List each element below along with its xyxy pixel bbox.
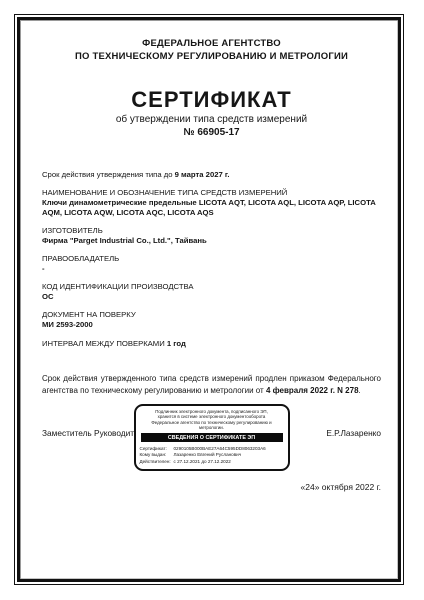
section-production-id-code: КОД ИДЕНТИФИКАЦИИ ПРОИЗВОДСТВА ОС — [42, 282, 381, 302]
stamp-bar-title: СВЕДЕНИЯ О СЕРТИФИКАТЕ ЭП — [141, 433, 283, 442]
signature-row: Заместитель Руководителя Подлинник элект… — [42, 404, 381, 476]
interval-value: 1 год — [167, 339, 186, 348]
section-value: МИ 2593-2000 — [42, 320, 381, 330]
certificate-number: № 66905-17 — [42, 127, 381, 138]
section-manufacturer: ИЗГОТОВИТЕЛЬ Фирма "Parget Industrial Co… — [42, 226, 381, 246]
section-value: - — [42, 264, 381, 274]
section-label: НАИМЕНОВАНИЕ И ОБОЗНАЧЕНИЕ ТИПА СРЕДСТВ … — [42, 188, 381, 198]
validity-prefix: Срок действия утверждения типа до — [42, 170, 175, 179]
certificate-page: ФЕДЕРАЛЬНОЕ АГЕНТСТВО ПО ТЕХНИЧЕСКОМУ РЕ… — [42, 14, 381, 492]
section-name-designation: НАИМЕНОВАНИЕ И ОБОЗНАЧЕНИЕ ТИПА СРЕДСТВ … — [42, 188, 381, 218]
section-verification-document: ДОКУМЕНТ НА ПОВЕРКУ МИ 2593-2000 — [42, 310, 381, 330]
agency-header: ФЕДЕРАЛЬНОЕ АГЕНТСТВО ПО ТЕХНИЧЕСКОМУ РЕ… — [42, 37, 381, 63]
section-value: ОС — [42, 292, 381, 302]
extension-paragraph: Срок действия утвержденного типа средств… — [42, 373, 381, 396]
signature-name: Е.Р.Лазаренко — [326, 428, 381, 438]
issue-date: «24» октября 2022 г. — [42, 482, 381, 492]
section-label: КОД ИДЕНТИФИКАЦИИ ПРОИЗВОДСТВА — [42, 282, 381, 292]
section-value: Ключи динамометрические предельные LICOT… — [42, 198, 381, 218]
validity-value: 9 марта 2027 г. — [175, 170, 230, 179]
extension-suffix: . — [359, 386, 361, 395]
section-label: ИЗГОТОВИТЕЛЬ — [42, 226, 381, 236]
stamp-fields: Сертификат: 0290105B000BAE27A64C595DD806… — [140, 446, 284, 465]
validity-line: Срок действия утверждения типа до 9 март… — [42, 170, 381, 180]
certificate-title: СЕРТИФИКАТ — [42, 88, 381, 111]
signature-position: Заместитель Руководителя — [42, 428, 148, 438]
stamp-field-value: с 27.12.2021 до 27.12.2022 — [174, 459, 284, 465]
verification-interval-line: ИНТЕРВАЛ МЕЖДУ ПОВЕРКАМИ 1 год — [42, 339, 381, 349]
interval-prefix: ИНТЕРВАЛ МЕЖДУ ПОВЕРКАМИ — [42, 339, 167, 348]
stamp-field-valid: Действителен: с 27.12.2021 до 27.12.2022 — [140, 459, 284, 465]
agency-line-1: ФЕДЕРАЛЬНОЕ АГЕНТСТВО — [42, 37, 381, 50]
section-rightsholder: ПРАВООБЛАДАТЕЛЬ - — [42, 254, 381, 274]
section-label: ПРАВООБЛАДАТЕЛЬ — [42, 254, 381, 264]
esign-stamp: Подлинник электронного документа, подпис… — [134, 404, 290, 471]
section-label: ДОКУМЕНТ НА ПОВЕРКУ — [42, 310, 381, 320]
stamp-notice: Подлинник электронного документа, подпис… — [140, 409, 284, 431]
section-value: Фирма "Parget Industrial Co., Ltd.", Тай… — [42, 236, 381, 246]
agency-line-2: ПО ТЕХНИЧЕСКОМУ РЕГУЛИРОВАНИЮ И МЕТРОЛОГ… — [42, 50, 381, 63]
extension-value: 4 февраля 2022 г. N 278 — [266, 386, 359, 395]
certificate-subtitle: об утверждении типа средств измерений — [42, 114, 381, 125]
stamp-notice-line-4: метрологии. — [140, 425, 284, 430]
stamp-field-label: Действителен: — [140, 459, 174, 465]
